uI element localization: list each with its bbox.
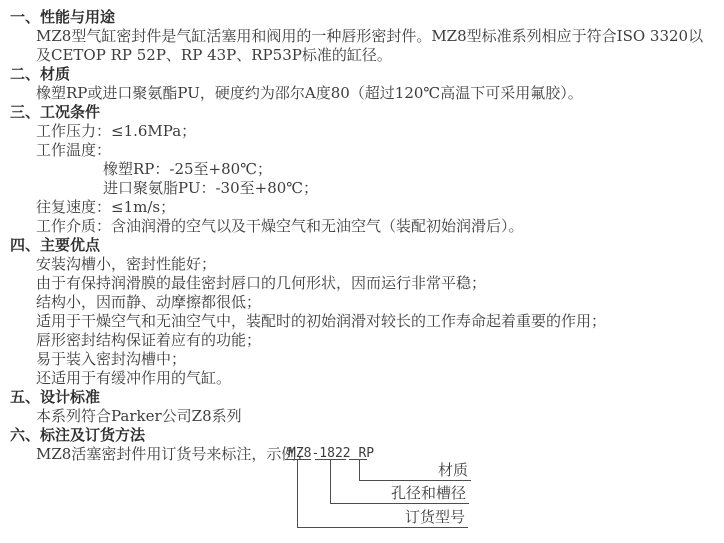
section-heading-ordering: 六、标注及订货方法 [10, 426, 720, 445]
callout-order-model: 订货型号 [297, 460, 468, 528]
doc-line: 及CETOP RP 52P、RP 43P、RP53P标准的缸径。 [10, 46, 720, 65]
doc-line: 工作压力：≤1.6MPa； [10, 122, 720, 141]
doc-line: 结构小，因而静、动摩擦都很低； [10, 293, 720, 312]
document-page: 一、性能与用途 MZ8型气缸密封件是气缸活塞用和阀用的一种唇形密封件。MZ8型标… [0, 0, 724, 543]
doc-line: 工作介质：含油润滑的空气以及干燥空气和无油空气（装配初始润滑后）。 [10, 217, 720, 236]
doc-line: 适用于干燥空气和无油空气中，装配时的初始润滑对较长的工作寿命起着重要的作用； [10, 312, 720, 331]
doc-line: 工作温度： [10, 141, 720, 160]
section-heading-design-standard: 五、设计标准 [10, 388, 720, 407]
doc-line: MZ8型气缸密封件是气缸活塞用和阀用的一种唇形密封件。MZ8型标准系列相应于符合… [10, 27, 720, 46]
ordering-line: MZ8活塞密封件用订货号来标注，示例： [10, 445, 720, 464]
doc-line: 橡塑RP或进口聚氨酯PU，硬度约为邵尔A度80（超过120℃高温下可采用氟胶）。 [10, 84, 720, 103]
section-heading-advantages: 四、主要优点 [10, 236, 720, 255]
doc-line: 本系列符合Parker公司Z8系列 [10, 407, 720, 426]
doc-line: 安装沟槽小，密封性能好； [10, 255, 720, 274]
doc-line-sub: 橡塑RP：-25至+80℃； [10, 160, 720, 179]
callout-label-material: 材质 [438, 462, 468, 479]
doc-line: 易于装入密封沟槽中； [10, 350, 720, 369]
doc-line: 唇形密封结构保证着应有的功能； [10, 331, 720, 350]
ordering-line-prefix: MZ8活塞密封件用订货号来标注，示例： [36, 445, 311, 463]
section-heading-performance: 一、性能与用途 [10, 8, 720, 27]
callout-bore-and-groove: 孔径和槽径 [330, 460, 469, 504]
doc-line-sub: 进口聚氨脂PU：-30至+80℃； [10, 179, 720, 198]
section-heading-material: 二、材质 [10, 65, 720, 84]
doc-line: 往复速度：≤1m/s； [10, 198, 720, 217]
doc-line: 还适用于有缓冲作用的气缸。 [10, 369, 720, 388]
callout-label-bore-and-groove: 孔径和槽径 [391, 485, 466, 502]
callout-label-order-model: 订货型号 [405, 509, 465, 526]
section-heading-conditions: 三、工况条件 [10, 103, 720, 122]
doc-line: 由于有保持润滑膜的最佳密封唇口的几何形状，因而运行非常平稳； [10, 274, 720, 293]
document-body: 一、性能与用途 MZ8型气缸密封件是气缸活塞用和阀用的一种唇形密封件。MZ8型标… [10, 8, 720, 464]
